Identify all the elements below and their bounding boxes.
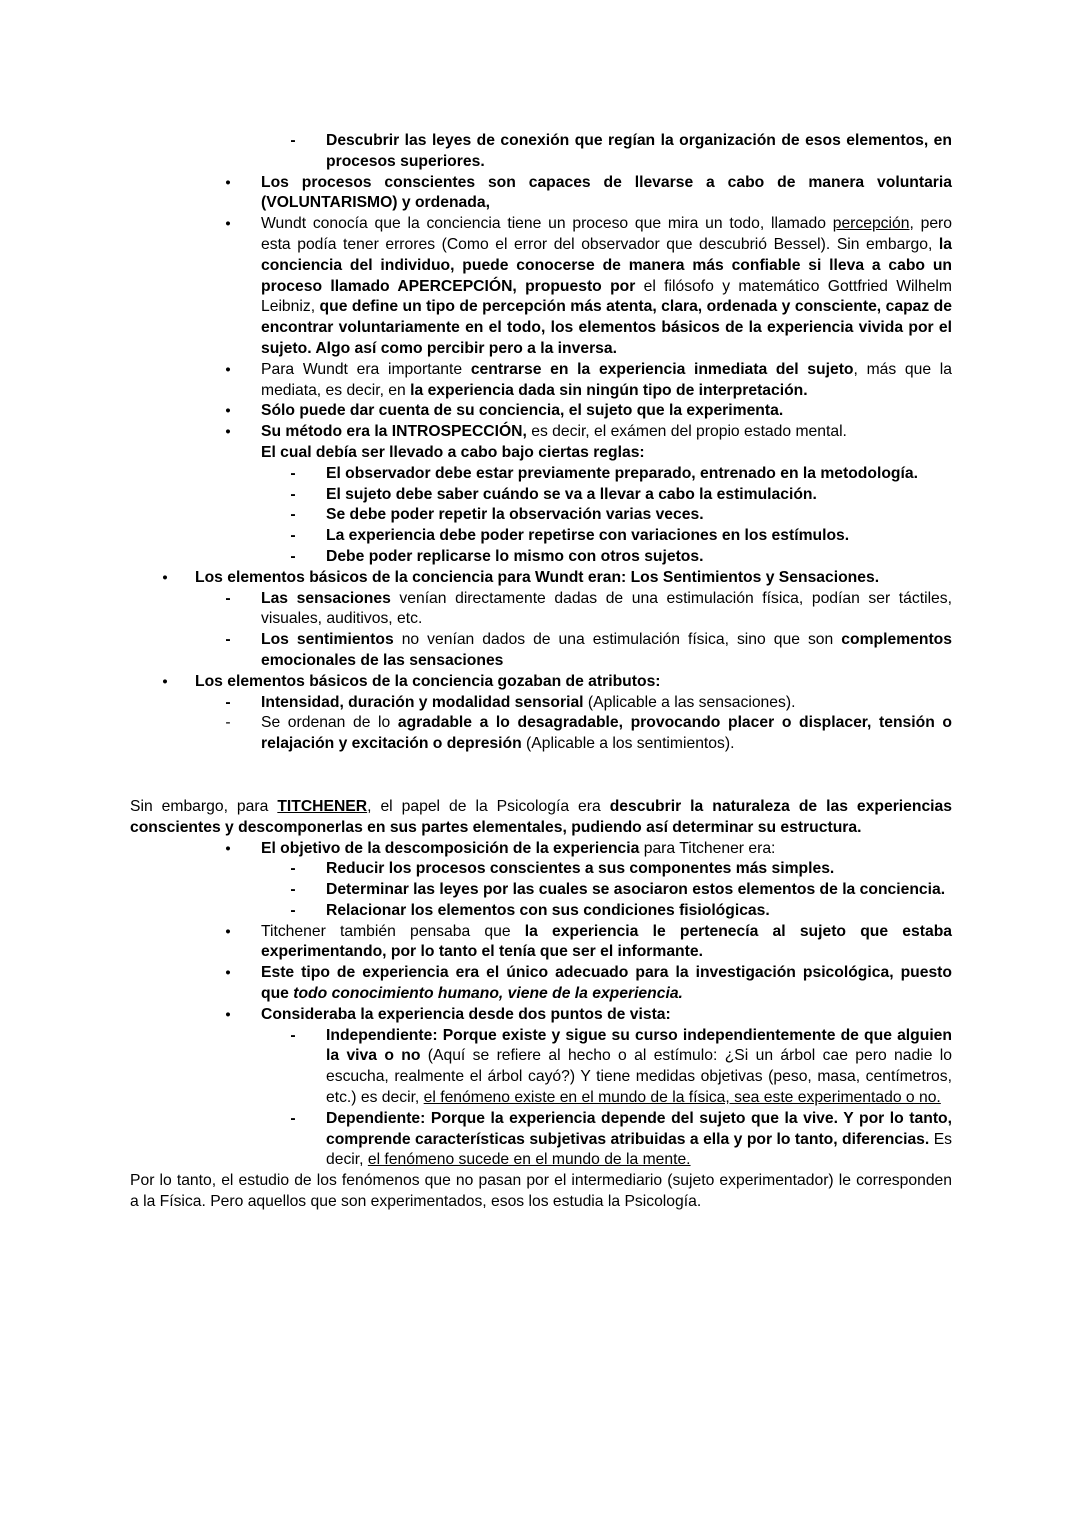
list-item: ●Los elementos básicos de la conciencia … (130, 568, 952, 589)
text-run: Sin embargo, para (130, 798, 277, 815)
dash-marker: - (286, 880, 300, 901)
text-run: El objetivo de la descomposición de la e… (261, 840, 639, 857)
dash-marker: - (286, 859, 300, 880)
dash-marker: - (286, 901, 300, 922)
text-run: Debe poder replicarse lo mismo con otros… (326, 548, 703, 565)
dash-marker: - (286, 526, 300, 547)
list-item: ●Los procesos conscientes son capaces de… (130, 173, 952, 215)
text-run: Se debe poder repetir la observación var… (326, 506, 704, 523)
bullet-marker: ● (158, 568, 172, 589)
text-run: Descubrir las leyes de conexión que regí… (326, 132, 952, 170)
list-item: -Las sensaciones venían directamente dad… (130, 589, 952, 631)
bullet-marker: ● (221, 173, 235, 194)
text-run: Su método era la INTROSPECCIÓN, (261, 423, 527, 440)
list-item: -Dependiente: Porque la experiencia depe… (130, 1109, 952, 1171)
bullet-marker: ● (221, 922, 235, 943)
bullet-marker: ● (221, 422, 235, 443)
paragraph-gap (130, 755, 952, 797)
text-run: (Aplicable a las sensaciones). (584, 694, 796, 711)
list-item: -El observador debe estar previamente pr… (130, 464, 952, 485)
text-run: Intensidad, duración y modalidad sensori… (261, 694, 584, 711)
text-run: Las sensaciones (261, 590, 391, 607)
dash-marker: - (221, 589, 235, 610)
list-item: ●Wundt conocía que la conciencia tiene u… (130, 214, 952, 360)
dash-marker: - (286, 485, 300, 506)
text-run: , el papel de la Psicología era (367, 798, 610, 815)
text-run: es decir, el exámen del propio estado me… (527, 423, 847, 440)
text-run: Sólo puede dar cuenta de su conciencia, … (261, 402, 783, 419)
text-run: Se ordenan de lo (261, 714, 398, 731)
bullet-marker: ● (221, 1005, 235, 1026)
list-item: -Reducir los procesos conscientes a sus … (130, 859, 952, 880)
list-item: -Intensidad, duración y modalidad sensor… (130, 693, 952, 714)
text-run: El sujeto debe saber cuándo se va a llev… (326, 486, 817, 503)
bullet-marker: ● (221, 401, 235, 422)
list-item: -La experiencia debe poder repetirse con… (130, 526, 952, 547)
bullet-marker: ● (221, 214, 235, 235)
list-item: -Los sentimientos no venían dados de una… (130, 630, 952, 672)
text-run: Wundt conocía que la conciencia tiene un… (261, 215, 833, 232)
text-run: TITCHENER (277, 798, 367, 815)
text-run: Titchener también pensaba que (261, 923, 525, 940)
text-run: Dependiente: Porque la experiencia depen… (326, 1110, 952, 1148)
list-item: -Determinar las leyes por las cuales se … (130, 880, 952, 901)
list-item: -Independiente: Porque existe y sigue su… (130, 1026, 952, 1109)
list-item: -El sujeto debe saber cuándo se va a lle… (130, 485, 952, 506)
list-item: -Se debe poder repetir la observación va… (130, 505, 952, 526)
text-run: que define un tipo de percepción más ate… (261, 298, 952, 357)
list-item: -Debe poder replicarse lo mismo con otro… (130, 547, 952, 568)
list-item: ●Su método era la INTROSPECCIÓN, es deci… (130, 422, 952, 464)
list-item: ●El objetivo de la descomposición de la … (130, 839, 952, 860)
list-item: ●Los elementos básicos de la conciencia … (130, 672, 952, 693)
text-run: no venían dados de una estimulación físi… (394, 631, 842, 648)
text-run: Relacionar los elementos con sus condici… (326, 902, 770, 919)
text-run: (Aplicable a los sentimientos). (522, 735, 735, 752)
dash-marker: - (286, 547, 300, 568)
text-run: Por lo tanto, el estudio de los fenómeno… (130, 1172, 952, 1210)
list-item: ●Para Wundt era importante centrarse en … (130, 360, 952, 402)
text-run: Reducir los procesos conscientes a sus c… (326, 860, 834, 877)
dash-marker: - (286, 1109, 300, 1130)
text-run: para Titchener era: (639, 840, 775, 857)
list-item: ●Titchener también pensaba que la experi… (130, 922, 952, 964)
dash-marker: - (221, 630, 235, 651)
bullet-marker: ● (221, 963, 235, 984)
dash-marker: - (221, 713, 235, 734)
text-run: centrarse en la experiencia inmediata de… (471, 361, 854, 378)
text-run: El cual debía ser llevado a cabo bajo ci… (261, 444, 645, 461)
text-run: la experiencia dada sin ningún tipo de i… (410, 382, 808, 399)
list-item: -Relacionar los elementos con sus condic… (130, 901, 952, 922)
dash-marker: - (286, 1026, 300, 1047)
paragraph: Por lo tanto, el estudio de los fenómeno… (130, 1171, 952, 1213)
text-run: Los sentimientos (261, 631, 394, 648)
dash-marker: - (286, 464, 300, 485)
dash-marker: - (286, 505, 300, 526)
text-run: todo conocimiento humano, viene de la ex… (293, 985, 683, 1002)
dash-marker: - (286, 131, 300, 152)
text-run: Los elementos básicos de la conciencia g… (195, 673, 661, 690)
text-run: Los elementos básicos de la conciencia p… (195, 569, 879, 586)
text-run: el fenómeno existe en el mundo de la fís… (424, 1089, 941, 1106)
text-run: Consideraba la experiencia desde dos pun… (261, 1006, 671, 1023)
text-run: La experiencia debe poder repetirse con … (326, 527, 849, 544)
list-item: -Descubrir las leyes de conexión que reg… (130, 131, 952, 173)
document-page: -Descubrir las leyes de conexión que reg… (0, 0, 1080, 1525)
text-run: el fenómeno sucede en el mundo de la men… (368, 1151, 691, 1168)
bullet-marker: ● (221, 360, 235, 381)
list-item: ●Sólo puede dar cuenta de su conciencia,… (130, 401, 952, 422)
text-run: percepción (833, 215, 910, 232)
paragraph: Sin embargo, para TITCHENER, el papel de… (130, 797, 952, 839)
text-run: Para Wundt era importante (261, 361, 471, 378)
list-item: ●Consideraba la experiencia desde dos pu… (130, 1005, 952, 1026)
bullet-marker: ● (158, 672, 172, 693)
dash-marker: - (221, 693, 235, 714)
text-run: Determinar las leyes por las cuales se a… (326, 881, 945, 898)
text-run: El observador debe estar previamente pre… (326, 465, 918, 482)
list-item: -Se ordenan de lo agradable a lo desagra… (130, 713, 952, 755)
text-run: Los procesos conscientes son capaces de … (261, 174, 952, 212)
list-item: ●Este tipo de experiencia era el único a… (130, 963, 952, 1005)
document-content: -Descubrir las leyes de conexión que reg… (130, 131, 952, 1213)
bullet-marker: ● (221, 839, 235, 860)
